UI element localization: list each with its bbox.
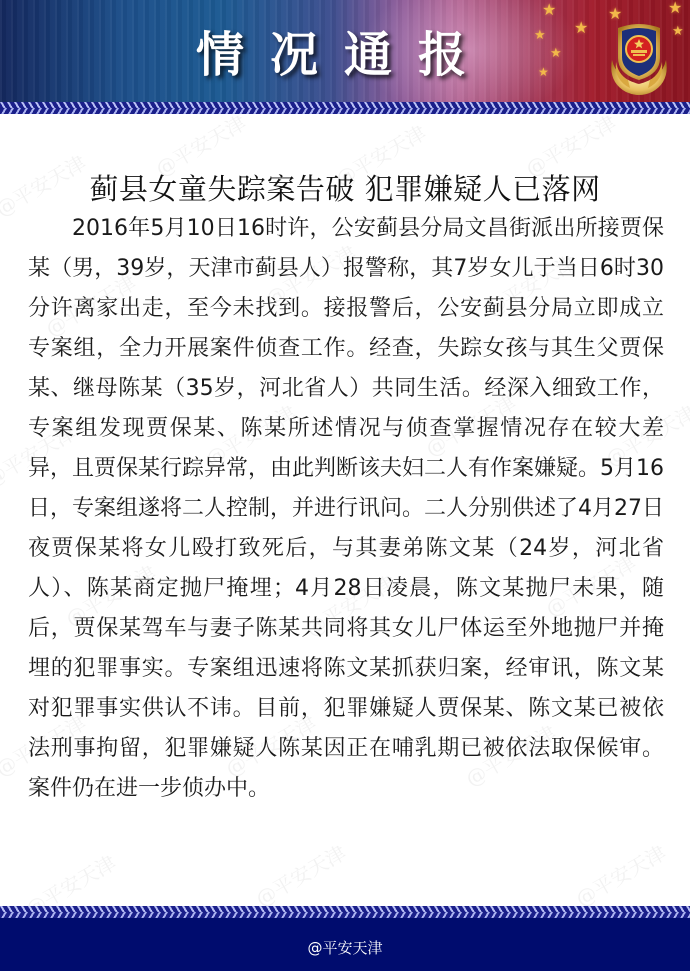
banner-title: 情况通报 [196,27,492,83]
watermark-text: @平安天津 [569,837,670,912]
star-icon: ★ [538,64,549,80]
star-icon: ★ [534,28,546,44]
chevron-stripe-bottom [0,906,690,918]
footer-handle: @平安天津 [0,938,690,958]
footer: @平安天津 [0,918,690,971]
star-icon: ★ [608,6,622,22]
star-icon: ★ [542,2,556,18]
header-banner: 情况通报 ★ ★ ★ ★ ★ ★ ★ ★ [0,0,690,102]
watermark-text: @平安天津 [249,837,350,912]
star-icon: ★ [574,20,588,36]
star-icon: ★ [668,0,682,16]
chevron-stripe-top [0,102,690,114]
star-icon: ★ [672,24,684,40]
body-paragraph: 2016年5月10日16时许，公安蓟县分局文昌街派出所接贾保某（男，39岁，天津… [28,209,664,809]
headline: 蓟县女童失踪案告破 犯罪嫌疑人已落网 [0,169,690,209]
police-emblem-icon [606,22,672,96]
star-icon: ★ [550,46,562,62]
